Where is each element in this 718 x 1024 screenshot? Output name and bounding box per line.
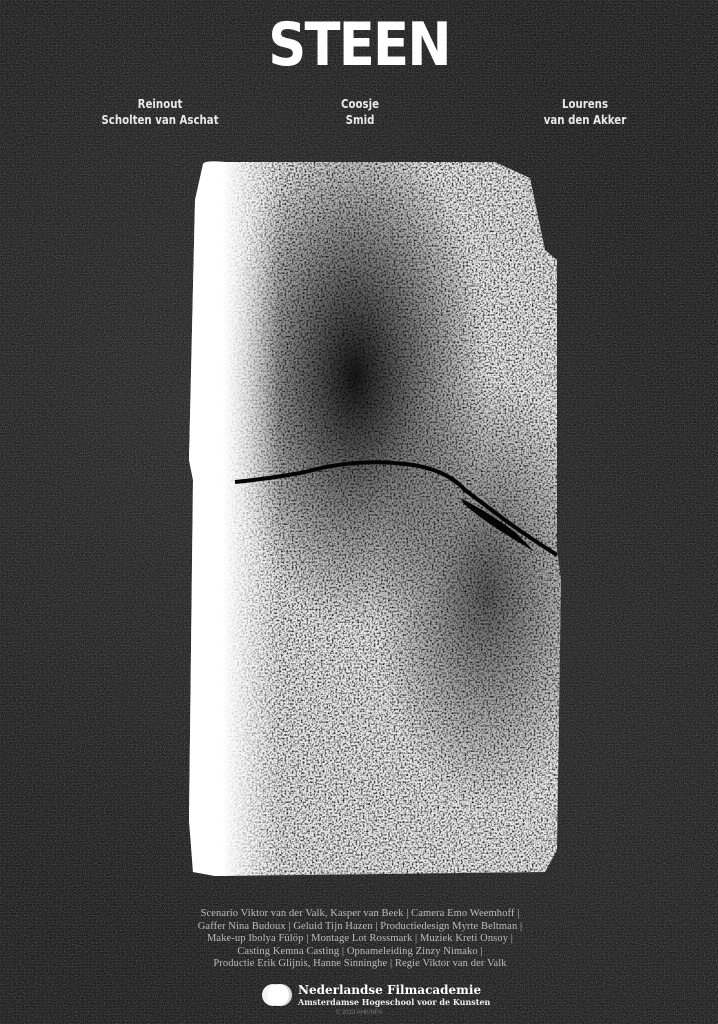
filmacademie-logo-icon	[262, 983, 292, 1007]
credits-line: Casting Kemna Casting | Opnameleiding Zi…	[150, 946, 570, 959]
stone-image	[185, 160, 563, 880]
filmacademie-logo: Nederlandse Filmacademie Amsterdamse Hog…	[262, 982, 490, 1008]
logo-subtitle: Amsterdamse Hogeschool voor de Kunsten	[298, 997, 490, 1007]
credits-line: Scenario Viktor van der Valk, Kasper van…	[150, 908, 570, 921]
credits-line: Make-up Ibolya Fülöp | Montage Lot Rossm…	[150, 933, 570, 946]
credits-line: Gaffer Nina Budoux | Geluid Tijn Hazen |…	[150, 921, 570, 934]
credits-line: Productie Erik Glijnis, Hanne Sinninghe …	[150, 958, 570, 971]
cast-member-1: Reinout Scholten van Aschat	[84, 96, 237, 128]
cast-member-3: Lourens van den Akker	[509, 96, 662, 128]
cast-last-name: van den Akker	[509, 112, 662, 128]
cast-first-name: Reinout	[84, 96, 237, 112]
credits-block: Scenario Viktor van der Valk, Kasper van…	[150, 908, 570, 971]
logo-name: Nederlandse Filmacademie	[298, 984, 490, 997]
poster: STEEN Reinout Scholten van Aschat Coosje…	[0, 0, 718, 1024]
poster-title: STEEN	[43, 10, 675, 80]
cast-last-name: Scholten van Aschat	[84, 112, 237, 128]
cast-member-2: Coosje Smid	[292, 96, 428, 128]
cast-last-name: Smid	[292, 112, 428, 128]
cast-first-name: Lourens	[509, 96, 662, 112]
cast-first-name: Coosje	[292, 96, 428, 112]
copyright-text: © 2013 AHK/NFA	[0, 1010, 718, 1016]
